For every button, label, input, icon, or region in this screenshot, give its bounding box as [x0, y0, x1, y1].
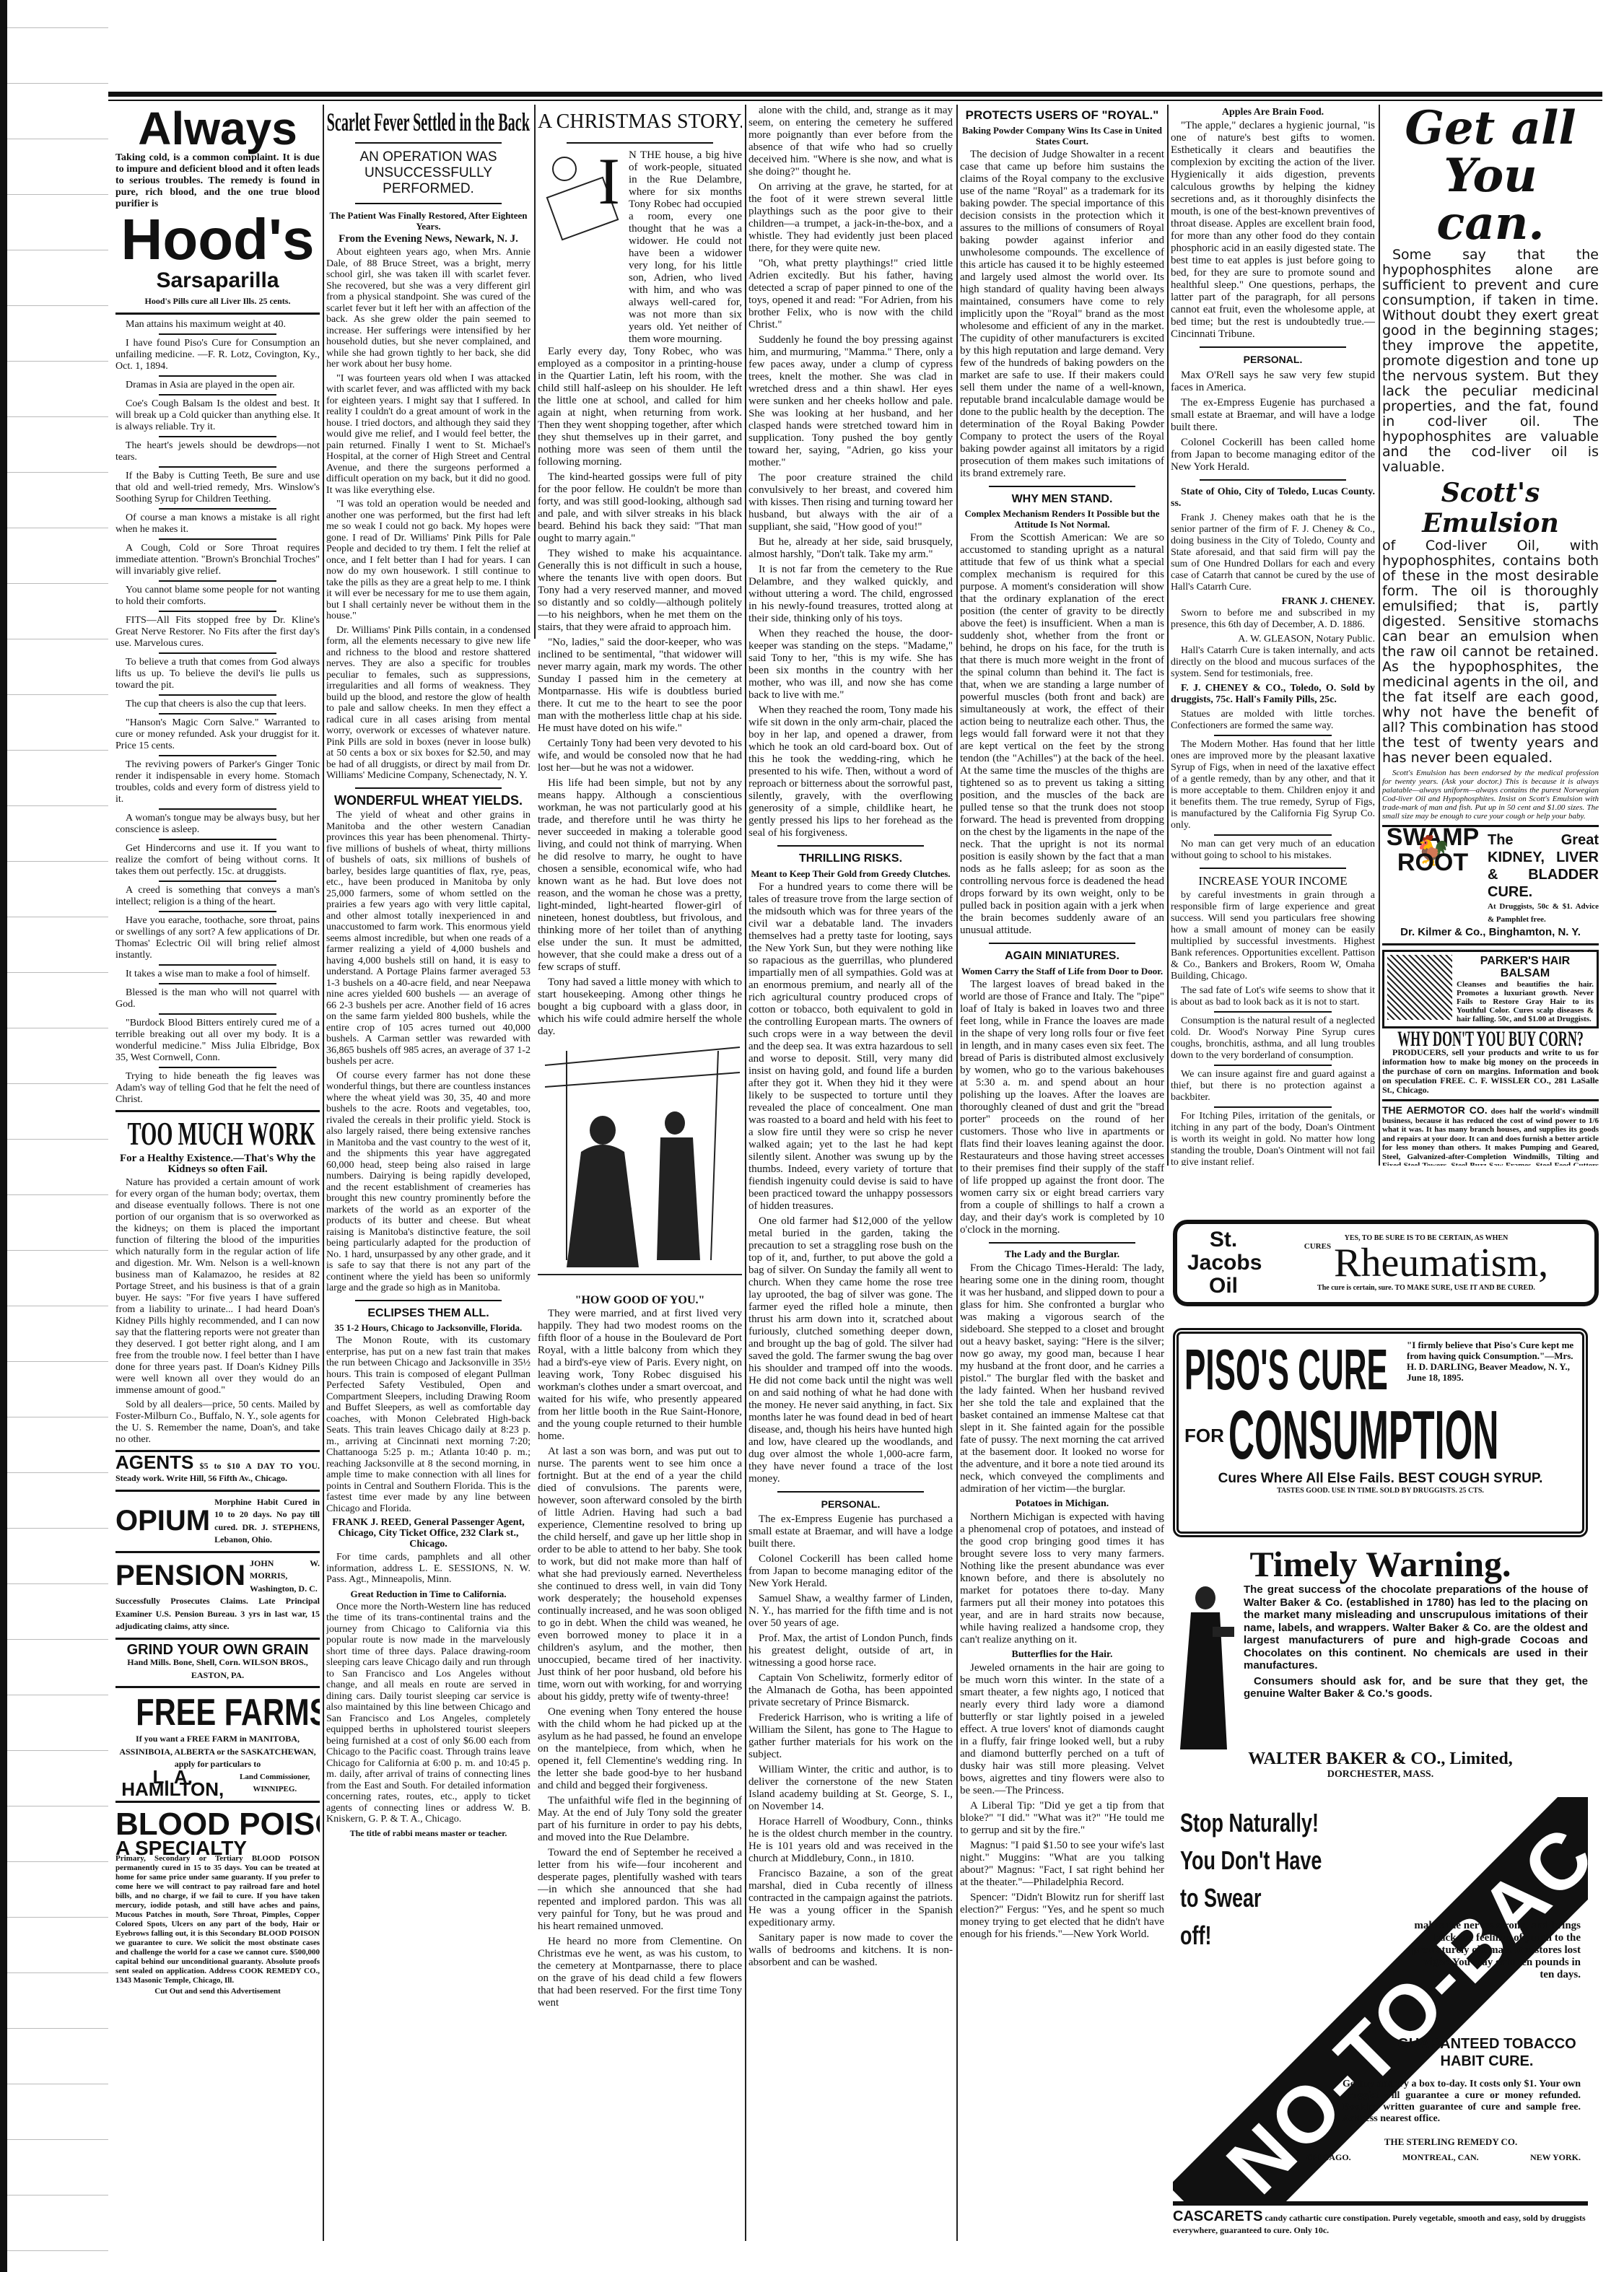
paragraph: Certainly Tony had been very devoted to …: [538, 738, 742, 774]
filler-paragraph: To believe a truth that comes from God a…: [115, 657, 320, 691]
paragraph: For a hundred years to come there will b…: [748, 881, 953, 1213]
scarlet-deck: AN OPERATION WAS UNSUCCESSFULLY PERFORME…: [326, 149, 531, 197]
doans-body: Nature has provided a certain amount of …: [115, 1177, 320, 1397]
paragraph: Tony had saved a little money with which…: [538, 976, 742, 1038]
paragraph: When they reached the room, Tony made hi…: [748, 704, 953, 839]
scarlet-subdeck: The Patient Was Finally Restored, After …: [326, 210, 531, 232]
paragraph: Dr. Williams' Pink Pills contain, in a c…: [326, 625, 531, 782]
scarlet-headline: Scarlet Fever Settled in the Back.: [327, 108, 531, 136]
filler-paragraph: The cup that cheers is also the cup that…: [115, 699, 320, 710]
agents-ad: AGENTS $5 to $10 A DAY TO YOU. Steady wo…: [115, 1456, 320, 1485]
paragraph: One evening when Tony entered the house …: [538, 1706, 742, 1792]
column-6: Apples Are Brain Food. "The apple," decl…: [1171, 105, 1375, 1166]
filler-paragraph: Blessed is the man who will not quarrel …: [115, 987, 320, 1010]
paragraph: They were married, and at first lived ve…: [538, 1308, 742, 1443]
drop-cap: I: [598, 152, 620, 210]
column-2: Scarlet Fever Settled in the Back. AN OP…: [326, 105, 531, 2241]
paragraph: His life had been simple, but not by any…: [538, 777, 742, 974]
reduction-headline: Great Reduction in Time to California.: [326, 1589, 531, 1599]
filler-paragraph: Dramas in Asia are played in the open ai…: [115, 380, 320, 391]
st-jacobs-oil-ad: St. Jacobs Oil YES, TO BE SURE IS TO BE …: [1173, 1220, 1599, 1306]
no-to-bac-slogan: to Swear: [1180, 1879, 1322, 1917]
men-stand-body: From the Scottish American: We are so ac…: [960, 532, 1164, 937]
scotts-emulsion-ad: Get all You can. Some say that the hypop…: [1382, 105, 1599, 821]
personal-item: The ex-Empress Eugenie has purchased a s…: [1171, 397, 1375, 434]
hoods-product: Sarsaparilla: [115, 269, 320, 292]
paragraph: "I was told an operation would be needed…: [326, 499, 531, 622]
eclipses-signature: FRANK J. REED, General Passenger Agent, …: [326, 1517, 531, 1550]
no-to-bac-slogan: You Don't Have: [1180, 1842, 1322, 1879]
no-to-bac-company: THE STERLING REMEDY CO.: [1321, 2136, 1581, 2148]
paragraph: The unfaithful wife fled in the beginnin…: [538, 1795, 742, 1844]
parkers-ad: PARKER'S HAIR BALSAMCleanses and beautif…: [1382, 950, 1599, 1028]
christmas-story-end: alone with the child, and, strange as it…: [748, 105, 953, 839]
apples-headline: Apples Are Brain Food.: [1171, 107, 1375, 118]
paragraph: Of course every farmer has not done thes…: [326, 1070, 531, 1294]
column-divider: [323, 105, 324, 2241]
scotts-footer: Scott's Emulsion has been endorsed by th…: [1382, 769, 1599, 821]
filler-paragraph: FITS—All Fits stopped free by Dr. Kline'…: [115, 615, 320, 650]
illustration-caption: "HOW GOOD OF YOU.": [538, 1295, 742, 1306]
hoods-body: Taking cold, is a common complaint. It i…: [115, 152, 320, 210]
scotts-headline: Get all You can.: [1382, 105, 1599, 248]
paragraph: On arriving at the grave, he started, fo…: [748, 181, 953, 255]
paragraph: "I was fourteen years old when I was att…: [326, 373, 531, 497]
pisos-line-2: CONSUMPTION: [1228, 1400, 1498, 1471]
no-to-bac-slogan: Stop Naturally!: [1180, 1804, 1322, 1842]
income-body: by careful investments in grain through …: [1171, 890, 1375, 982]
city: MONTREAL, CAN.: [1402, 2152, 1479, 2163]
christmas-body-continued: They were married, and at first lived ve…: [538, 1308, 742, 2009]
rabbi-note: The title of rabbi means master or teach…: [326, 1828, 531, 1839]
personal-items: The ex-Empress Eugenie has purchased a s…: [748, 1513, 953, 1969]
st-jacobs-brand: St. Jacobs Oil: [1187, 1228, 1260, 1298]
swamp-root-company: Dr. Kilmer & Co., Binghamton, N. Y.: [1382, 926, 1599, 939]
men-stand-subhead: Complex Mechanism Renders It Possible bu…: [960, 508, 1164, 530]
no-to-bac-ad: Stop Naturally!You Don't Haveto Swearoff…: [1173, 1797, 1588, 2206]
royal-body: The decision of Judge Showalter in a rec…: [960, 149, 1164, 480]
no-to-bac-guarantee: GUARANTEED TOBACCO HABIT CURE.: [1393, 2035, 1581, 2070]
misc-item: The sad fate of Lot's wife seems to show…: [1171, 985, 1375, 1008]
personal-item: Sanitary paper is now made to cover the …: [748, 1932, 953, 1969]
pisos-footer: TASTES GOOD. USE IN TIME. SOLD BY DRUGGI…: [1184, 1487, 1576, 1495]
christmas-lead: N THE house, a big hive of work-people, …: [629, 149, 742, 346]
baker-body-2: Consumers should ask for, and be sure th…: [1244, 1675, 1588, 1700]
paragraph: They wished to make his acquaintance. Ge…: [538, 548, 742, 634]
holly-icon: [552, 157, 577, 181]
swamp-root-ad: SWAMP 🐓 ROOT The Great KIDNEY, LIVER & B…: [1382, 831, 1599, 926]
paragraph: One old farmer had $12,000 of the yellow…: [748, 1215, 953, 1485]
thrilling-subhead: Meant to Keep Their Gold from Greedy Clu…: [748, 868, 953, 879]
paragraph: "No, ladies," said the door-keeper, who …: [538, 637, 742, 735]
column-7: Get all You can. Some say that the hypop…: [1382, 105, 1599, 1166]
column-3: A CHRISTMAS STORY. I N THE house, a big …: [538, 105, 742, 2241]
personal-item: Horace Harrell of Woodbury, Conn., think…: [748, 1816, 953, 1865]
doans-subhead: For a Healthy Existence.—That's Why the …: [115, 1153, 320, 1175]
filler-paragraph: A Cough, Cold or Sore Throat requires im…: [115, 543, 320, 577]
paragraph: Toward the end of September he received …: [538, 1847, 742, 1933]
no-to-bac-body: makes the nerves strong, and brings back…: [1407, 1920, 1581, 1981]
misc-item: For Itching Piles, irritation of the gen…: [1171, 1111, 1375, 1166]
filler-paragraph: Have you earache, toothache, sore throat…: [115, 915, 320, 961]
christmas-illustration: [538, 1044, 742, 1289]
aermotor-ad: THE AERMOTOR CO. does half the world's w…: [1382, 1106, 1599, 1166]
misc-items-2: The sad fate of Lot's wife seems to show…: [1171, 985, 1375, 1166]
eclipses-body: The Monon Route, with its customary ente…: [326, 1335, 531, 1514]
column-4: alone with the child, and, strange as it…: [748, 105, 953, 2241]
pisos-testimonial: "I firmly believe that Piso's Cure kept …: [1407, 1340, 1576, 1400]
filler-paragraph: If the Baby is Cutting Teeth, Be sure an…: [115, 471, 320, 505]
blood-poison-ad: BLOOD POISON A SPECIALTY Primary, Second…: [115, 1807, 320, 1998]
column-1: Always Taking cold, is a common complain…: [115, 105, 320, 2241]
baker-headline: Timely Warning.: [1173, 1544, 1588, 1583]
column-divider: [534, 105, 536, 639]
cascarets-ad: CASCARETS candy cathartic cure constipat…: [1173, 2208, 1588, 2236]
doans-footer: Sold by all dealers—price, 50 cents. Mai…: [115, 1399, 320, 1446]
personal-item: Captain Von Scheliwitz, formerly editor …: [748, 1672, 953, 1709]
personal-headline-2: PERSONAL.: [1171, 354, 1375, 367]
potatoes-headline: Potatoes in Michigan.: [960, 1498, 1164, 1509]
misc-item: The Modern Mother. Has found that her li…: [1171, 739, 1375, 831]
paragraph: The yield of wheat and other grains in M…: [326, 810, 531, 1067]
paragraph: Suddenly he found the boy pressing again…: [748, 334, 953, 469]
eclipses-info: For time cards, pamphlets and all other …: [326, 1552, 531, 1586]
paragraph: alone with the child, and, strange as it…: [748, 105, 953, 178]
wheat-body: The yield of wheat and other grains in M…: [326, 810, 531, 1294]
wheat-headline: WONDERFUL WHEAT YIELDS.: [326, 795, 531, 808]
personal-headline: PERSONAL.: [748, 1498, 953, 1511]
thrilling-body: For a hundred years to come there will b…: [748, 881, 953, 1485]
scotts-brand: Scott's Emulsion: [1382, 478, 1599, 538]
city: NEW YORK.: [1530, 2152, 1581, 2163]
miniatures-headline: AGAIN MINIATURES.: [960, 950, 1164, 963]
filler-paragraph: A creed is something that conveys a man'…: [115, 885, 320, 908]
miniatures-subhead: Women Carry the Staff of Life from Door …: [960, 966, 1164, 976]
burglar-headline: The Lady and the Burglar.: [960, 1249, 1164, 1260]
newspaper-page: Always Taking cold, is a common complain…: [0, 0, 1624, 2272]
walter-baker-ad: Timely Warning. The great success of the…: [1173, 1544, 1588, 1783]
misc-item: No man can get very much of an education…: [1171, 839, 1375, 862]
personal-item: The ex-Empress Eugenie has purchased a s…: [748, 1513, 953, 1550]
royal-headline: PROTECTS USERS OF "ROYAL.": [960, 109, 1164, 122]
filler-paragraph: Trying to hide beneath the fig leaves wa…: [115, 1071, 320, 1106]
paragraph: But he, already at her side, said brusqu…: [748, 536, 953, 561]
filler-items: Man attains his maximum weight at 40.I h…: [115, 319, 320, 1106]
reduction-body: Once more the North-Western line has red…: [326, 1602, 531, 1825]
butterflies-headline: Butterflies for the Hair.: [960, 1649, 1164, 1660]
scotts-body-1: Some say that the hypophosphites alone a…: [1382, 248, 1599, 475]
eclipses-headline: ECLIPSES THEM ALL.: [326, 1307, 531, 1320]
chocolate-girl-illustration: [1173, 1583, 1238, 1749]
filler-paragraph: "Burdock Blood Bitters entirely cured me…: [115, 1018, 320, 1064]
filler-paragraph: A woman's tongue may be always busy, but…: [115, 813, 320, 836]
pisos-cure-ad: PISO'S CURE "I firmly believe that Piso'…: [1173, 1328, 1588, 1537]
corn-headline: WHY DON'T YOU BUY CORN?: [1391, 1033, 1590, 1046]
filler-paragraph: I have found Piso's Cure for Consumption…: [115, 338, 320, 372]
doans-headline: TOO MUCH WORK: [128, 1117, 308, 1151]
personal-item: Colonel Cockerill has been called home f…: [748, 1553, 953, 1590]
christmas-ornament: I: [538, 149, 624, 279]
filler-paragraph: Get Hindercorns and use it. If you want …: [115, 843, 320, 878]
personal-item: Prof. Max, the artist of London Punch, f…: [748, 1633, 953, 1669]
personal-item: William Winter, the critic and author, i…: [748, 1764, 953, 1813]
hoods-headline: Always: [115, 105, 320, 152]
eclipses-subhead: 35 1-2 Hours, Chicago to Jacksonville, F…: [326, 1322, 531, 1333]
baker-place: DORCHESTER, MASS.: [1173, 1769, 1588, 1781]
humor-item: Magnus: "I paid $1.50 to see your wife's…: [960, 1840, 1164, 1889]
portrait-illustration: [1387, 955, 1452, 1020]
miniatures-body: The largest loaves of bread baked in the…: [960, 979, 1164, 1236]
personal-item: Frederick Harrison, who is writing a lif…: [748, 1712, 953, 1761]
personal-item: Francisco Bazaine, a son of the great ma…: [748, 1868, 953, 1929]
baker-company: WALTER BAKER & CO., Limited,: [1173, 1749, 1588, 1769]
top-rule-thin: [108, 100, 1602, 101]
misc-item: Statues are molded with little torches. …: [1171, 709, 1375, 732]
personal-items-2: Max O'Rell says he saw very few stupid f…: [1171, 370, 1375, 473]
hoods-brand: Hood's: [115, 210, 320, 269]
column-divider: [1167, 105, 1169, 1166]
no-to-bac-slogan: off!: [1180, 1917, 1322, 1954]
hoods-footer: Hood's Pills cure all Liver Ills. 25 cen…: [115, 295, 320, 308]
personal-item: Max O'Rell says he saw very few stupid f…: [1171, 370, 1375, 394]
butterflies-body: Jeweled ornaments in the hair are going …: [960, 1662, 1164, 1797]
misc-item: Consumption is the natural result of a n…: [1171, 1015, 1375, 1062]
misc-items: Statues are molded with little torches. …: [1171, 709, 1375, 862]
apples-body: "The apple," declares a hygienic journal…: [1171, 120, 1375, 341]
paragraph: At last a son was born, and was put out …: [538, 1446, 742, 1703]
pisos-line-1: PISO'S CURE: [1184, 1340, 1304, 1400]
top-rule: [108, 92, 1602, 97]
potatoes-body: Northern Michigan is expected with havin…: [960, 1511, 1164, 1646]
free-farms-ad: FREE FARMS. If you want a FREE FARM in M…: [115, 1692, 320, 1796]
burglar-body: From the Chicago Times-Herald: The lady,…: [960, 1262, 1164, 1495]
thrilling-headline: THRILLING RISKS.: [748, 852, 953, 865]
opium-ad: OPIUMMorphine Habit Cured in 10 to 20 da…: [115, 1496, 320, 1547]
column-divider: [1379, 105, 1380, 1166]
scarlet-dateline: From the Evening News, Newark, N. J.: [326, 234, 531, 245]
humor-item: A Liberal Tip: "Did ye get a tip from th…: [960, 1800, 1164, 1837]
column-5: PROTECTS USERS OF "ROYAL." Baking Powder…: [960, 105, 1164, 2241]
column-divider: [956, 105, 958, 2241]
paragraph: Early every day, Tony Robec, who was emp…: [538, 346, 742, 468]
scan-margin: [0, 0, 108, 2272]
men-stand-headline: WHY MEN STAND.: [960, 493, 1164, 506]
paragraph: "Oh, what pretty playthings!" cried litt…: [748, 258, 953, 331]
filler-paragraph: It takes a wise man to make a fool of hi…: [115, 969, 320, 980]
personal-item: Colonel Cockerill has been called home f…: [1171, 437, 1375, 473]
city: CHICAGO.: [1306, 2152, 1351, 2163]
family-reunion-illustration: [538, 1044, 742, 1289]
paragraph: When they reached the house, the door-ke…: [748, 628, 953, 702]
paragraph: The poor creature strained the child con…: [748, 472, 953, 533]
scotts-body-2: of Cod-liver Oil, with hypophosphites, c…: [1382, 538, 1599, 766]
christmas-headline: A CHRISTMAS STORY.: [538, 108, 742, 136]
filler-paragraph: You cannot blame some people for not wan…: [115, 585, 320, 608]
baker-body: The great success of the chocolate prepa…: [1244, 1583, 1588, 1672]
grind-grain-ad: GRIND YOUR OWN GRAINHand Mills. Bone, Sh…: [115, 1644, 320, 1682]
filler-paragraph: Man attains his maximum weight at 40.: [115, 319, 320, 331]
filler-paragraph: The heart's jewels should be dewdrops—no…: [115, 440, 320, 463]
paragraph: The kind-hearted gossips were full of pi…: [538, 471, 742, 545]
no-to-bac-body-2: Go buy and try a box to-day. It costs on…: [1343, 2079, 1581, 2125]
pension-ad: PENSIONJOHN W. MORRIS, Washington, D. C.…: [115, 1557, 320, 1633]
royal-subhead: Baking Powder Company Wins Its Case in U…: [960, 125, 1164, 147]
humor-items: A Liberal Tip: "Did ye get a tip from th…: [960, 1800, 1164, 1941]
filler-paragraph: Coe's Cough Balsam Is the oldest and bes…: [115, 398, 320, 433]
corn-body: PRODUCERS, sell your products and write …: [1382, 1048, 1599, 1095]
misc-item: We can insure against fire and guard aga…: [1171, 1069, 1375, 1104]
personal-item: Samuel Shaw, a wealthy farmer of Linden,…: [748, 1593, 953, 1630]
filler-paragraph: "Hanson's Magic Corn Salve." Warranted t…: [115, 717, 320, 752]
filler-paragraph: The reviving powers of Parker's Ginger T…: [115, 759, 320, 805]
scarlet-body: About eighteen years ago, when Mrs. Anni…: [326, 247, 531, 782]
christmas-body: Early every day, Tony Robec, who was emp…: [538, 346, 742, 1038]
no-to-bac-cities: CHICAGO.MONTREAL, CAN.NEW YORK.: [1306, 2152, 1581, 2163]
paragraph: About eighteen years ago, when Mrs. Anni…: [326, 247, 531, 370]
hoods-ad: Always Taking cold, is a common complain…: [115, 105, 320, 308]
paragraph: He heard no more from Clementine. On Chr…: [538, 1936, 742, 2009]
cheney-notice: State of Ohio, City of Toledo, Lucas Cou…: [1171, 486, 1375, 706]
paragraph: It is not far from the cemetery to the R…: [748, 564, 953, 625]
humor-item: Spencer: "Didn't Blowitz run for sheriff…: [960, 1892, 1164, 1941]
filler-paragraph: Of course a man knows a mistake is all r…: [115, 512, 320, 536]
income-headline: INCREASE YOUR INCOME: [1171, 875, 1375, 888]
column-divider: [745, 105, 746, 2241]
pisos-for: FOR: [1184, 1425, 1224, 1447]
